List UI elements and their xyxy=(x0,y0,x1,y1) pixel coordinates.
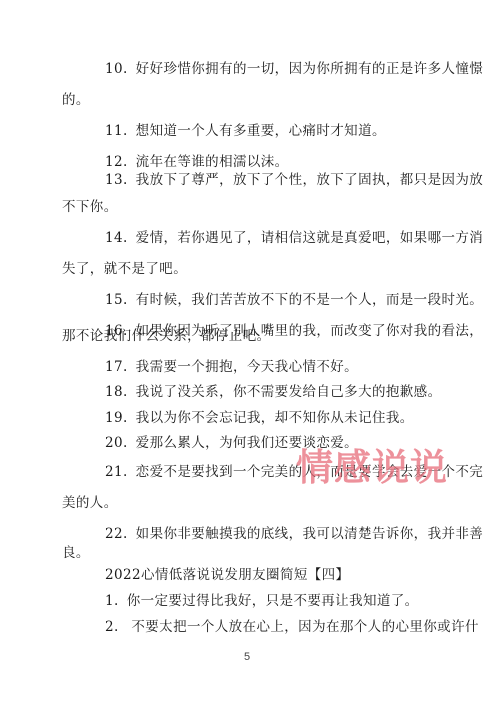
list-item: 18.我说了没关系，你不需要发给自己多大的抱歉感。 xyxy=(105,384,441,400)
item-number: 1. xyxy=(105,593,119,609)
list-item: 15.有时候，我们苦苦放不下的不是一个人，而是一段时光。 xyxy=(105,292,483,308)
item-text: 我以为你不会忘记我，却不知你从未记住我。 xyxy=(136,410,414,426)
section-heading: 2022心情低落说说发朋友圈简短【四】 xyxy=(105,567,349,583)
watermark: 情感说说 xyxy=(296,448,448,488)
list-item-continuation: 美的人。 xyxy=(62,495,118,511)
item-number: 11. xyxy=(105,123,128,139)
list-item: 2. 不要太把一个人放在心上，因为在那个人的心里你或许什 xyxy=(105,619,479,635)
item-number: 15. xyxy=(105,292,128,308)
item-text: 有时候，我们苦苦放不下的不是一个人，而是一段时光。 xyxy=(136,292,484,308)
item-number: 17. xyxy=(105,359,128,375)
item-number: 19. xyxy=(105,410,128,426)
item-number: 18. xyxy=(105,384,128,400)
item-text: 爱情，若你遇见了，请相信这就是真爱吧，如果哪一方消 xyxy=(136,230,484,246)
item-number: 20. xyxy=(105,435,128,451)
list-item: 10.好好珍惜你拥有的一切，因为你所拥有的正是许多人憧憬 xyxy=(105,61,483,77)
list-item-continuation: 失了，就不是了吧。 xyxy=(62,261,187,277)
item-number: 2. xyxy=(105,619,119,635)
page-number: 5 xyxy=(244,651,250,663)
item-text: 那不论我们什么关系，都停止吧。 xyxy=(62,328,271,344)
item-number: 21. xyxy=(105,464,128,480)
list-item-continuation: 良。 xyxy=(62,545,90,561)
list-item: 17.我需要一个拥抱，今天我心情不好。 xyxy=(105,359,358,375)
item-number: 14. xyxy=(105,230,128,246)
item-text: 不下你。 xyxy=(62,199,118,215)
item-number: 10. xyxy=(105,61,128,77)
list-item-continuation: 的。 xyxy=(62,92,90,108)
item-text: 想知道一个人有多重要，心痛时才知道。 xyxy=(136,123,386,139)
list-item: 22.如果你非要触摸我的底线，我可以清楚告诉你，我并非善 xyxy=(105,526,483,542)
item-text: 美的人。 xyxy=(62,495,118,511)
item-number: 22. xyxy=(105,526,128,542)
item-number: 12. xyxy=(105,154,128,170)
list-item: 11.想知道一个人有多重要，心痛时才知道。 xyxy=(105,123,386,139)
item-text: 好好珍惜你拥有的一切，因为你所拥有的正是许多人憧憬 xyxy=(136,61,484,77)
list-item: 19.我以为你不会忘记我，却不知你从未记住我。 xyxy=(105,410,414,426)
list-item: 1.你一定要过得比我好，只是不要再让我知道了。 xyxy=(105,593,419,609)
item-text: 我放下了尊严，放下了个性，放下了固执，都只是因为放 xyxy=(136,172,484,188)
item-text: 你一定要过得比我好，只是不要再让我知道了。 xyxy=(127,593,419,609)
item-text: 流年在等谁的相濡以沫。 xyxy=(136,154,289,170)
heading-text: 2022心情低落说说发朋友圈简短【四】 xyxy=(105,567,349,583)
list-item: 14.爱情，若你遇见了，请相信这就是真爱吧，如果哪一方消 xyxy=(105,230,483,246)
list-item: 13.我放下了尊严，放下了个性，放下了固执，都只是因为放 xyxy=(105,172,483,188)
list-item-continuation: 不下你。 xyxy=(62,199,118,215)
item-text: 我说了没关系，你不需要发给自己多大的抱歉感。 xyxy=(136,384,442,400)
item-number: 13. xyxy=(105,172,128,188)
item-text: 如果你非要触摸我的底线，我可以清楚告诉你，我并非善 xyxy=(136,526,484,542)
document-page: 10.好好珍惜你拥有的一切，因为你所拥有的正是许多人憧憬 的。 11.想知道一个… xyxy=(0,0,500,708)
item-text: 良。 xyxy=(62,545,90,561)
item-text: 我需要一个拥抱，今天我心情不好。 xyxy=(136,359,358,375)
item-text: 失了，就不是了吧。 xyxy=(62,261,187,277)
list-item-continuation: 那不论我们什么关系，都停止吧。 xyxy=(62,328,271,344)
item-text: 的。 xyxy=(62,92,90,108)
item-text: 不要太把一个人放在心上，因为在那个人的心里你或许什 xyxy=(127,619,479,635)
list-item: 12.流年在等谁的相濡以沫。 xyxy=(105,154,289,170)
